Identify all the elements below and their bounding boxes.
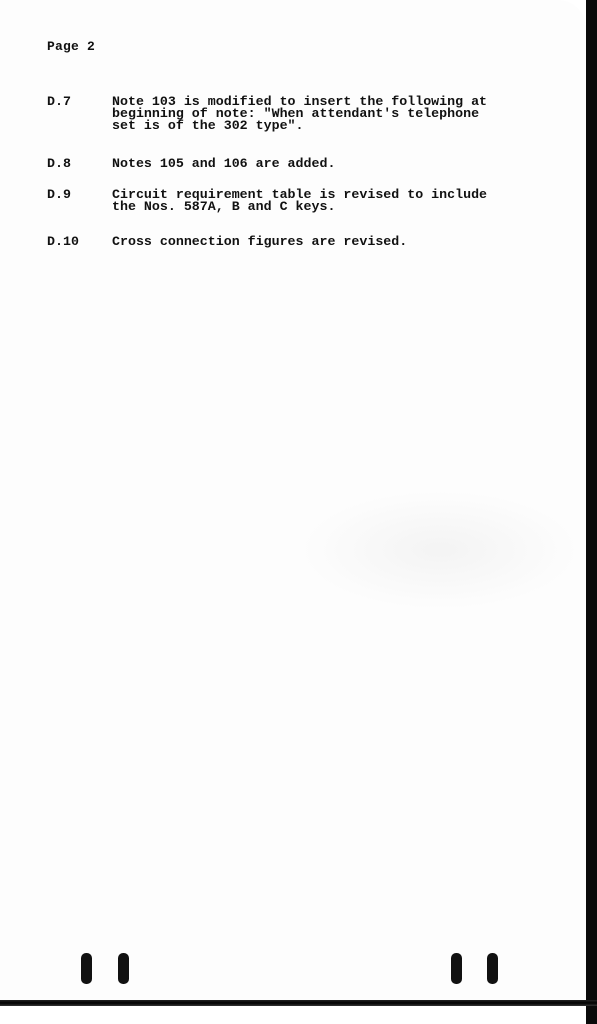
scan-margin-bottom xyxy=(0,1006,586,1024)
page-number: Page 2 xyxy=(47,39,95,54)
binder-hole-mark xyxy=(451,953,462,984)
item-text: Note 103 is modified to insert the follo… xyxy=(112,96,562,132)
paper-smudge xyxy=(300,490,580,610)
item-number: D.10 xyxy=(47,236,79,248)
binder-hole-mark xyxy=(487,953,498,984)
binder-hole-mark xyxy=(81,953,92,984)
item-number: D.9 xyxy=(47,189,71,201)
scan-border-right xyxy=(586,0,597,1024)
document-page: Page 2 D.7 Note 103 is modified to inser… xyxy=(0,0,586,1003)
item-text: Circuit requirement table is revised to … xyxy=(112,189,562,213)
item-number: D.8 xyxy=(47,158,71,170)
item-text: Cross connection figures are revised. xyxy=(112,236,562,248)
item-text: Notes 105 and 106 are added. xyxy=(112,158,562,170)
binder-hole-mark xyxy=(118,953,129,984)
item-number: D.7 xyxy=(47,96,71,108)
